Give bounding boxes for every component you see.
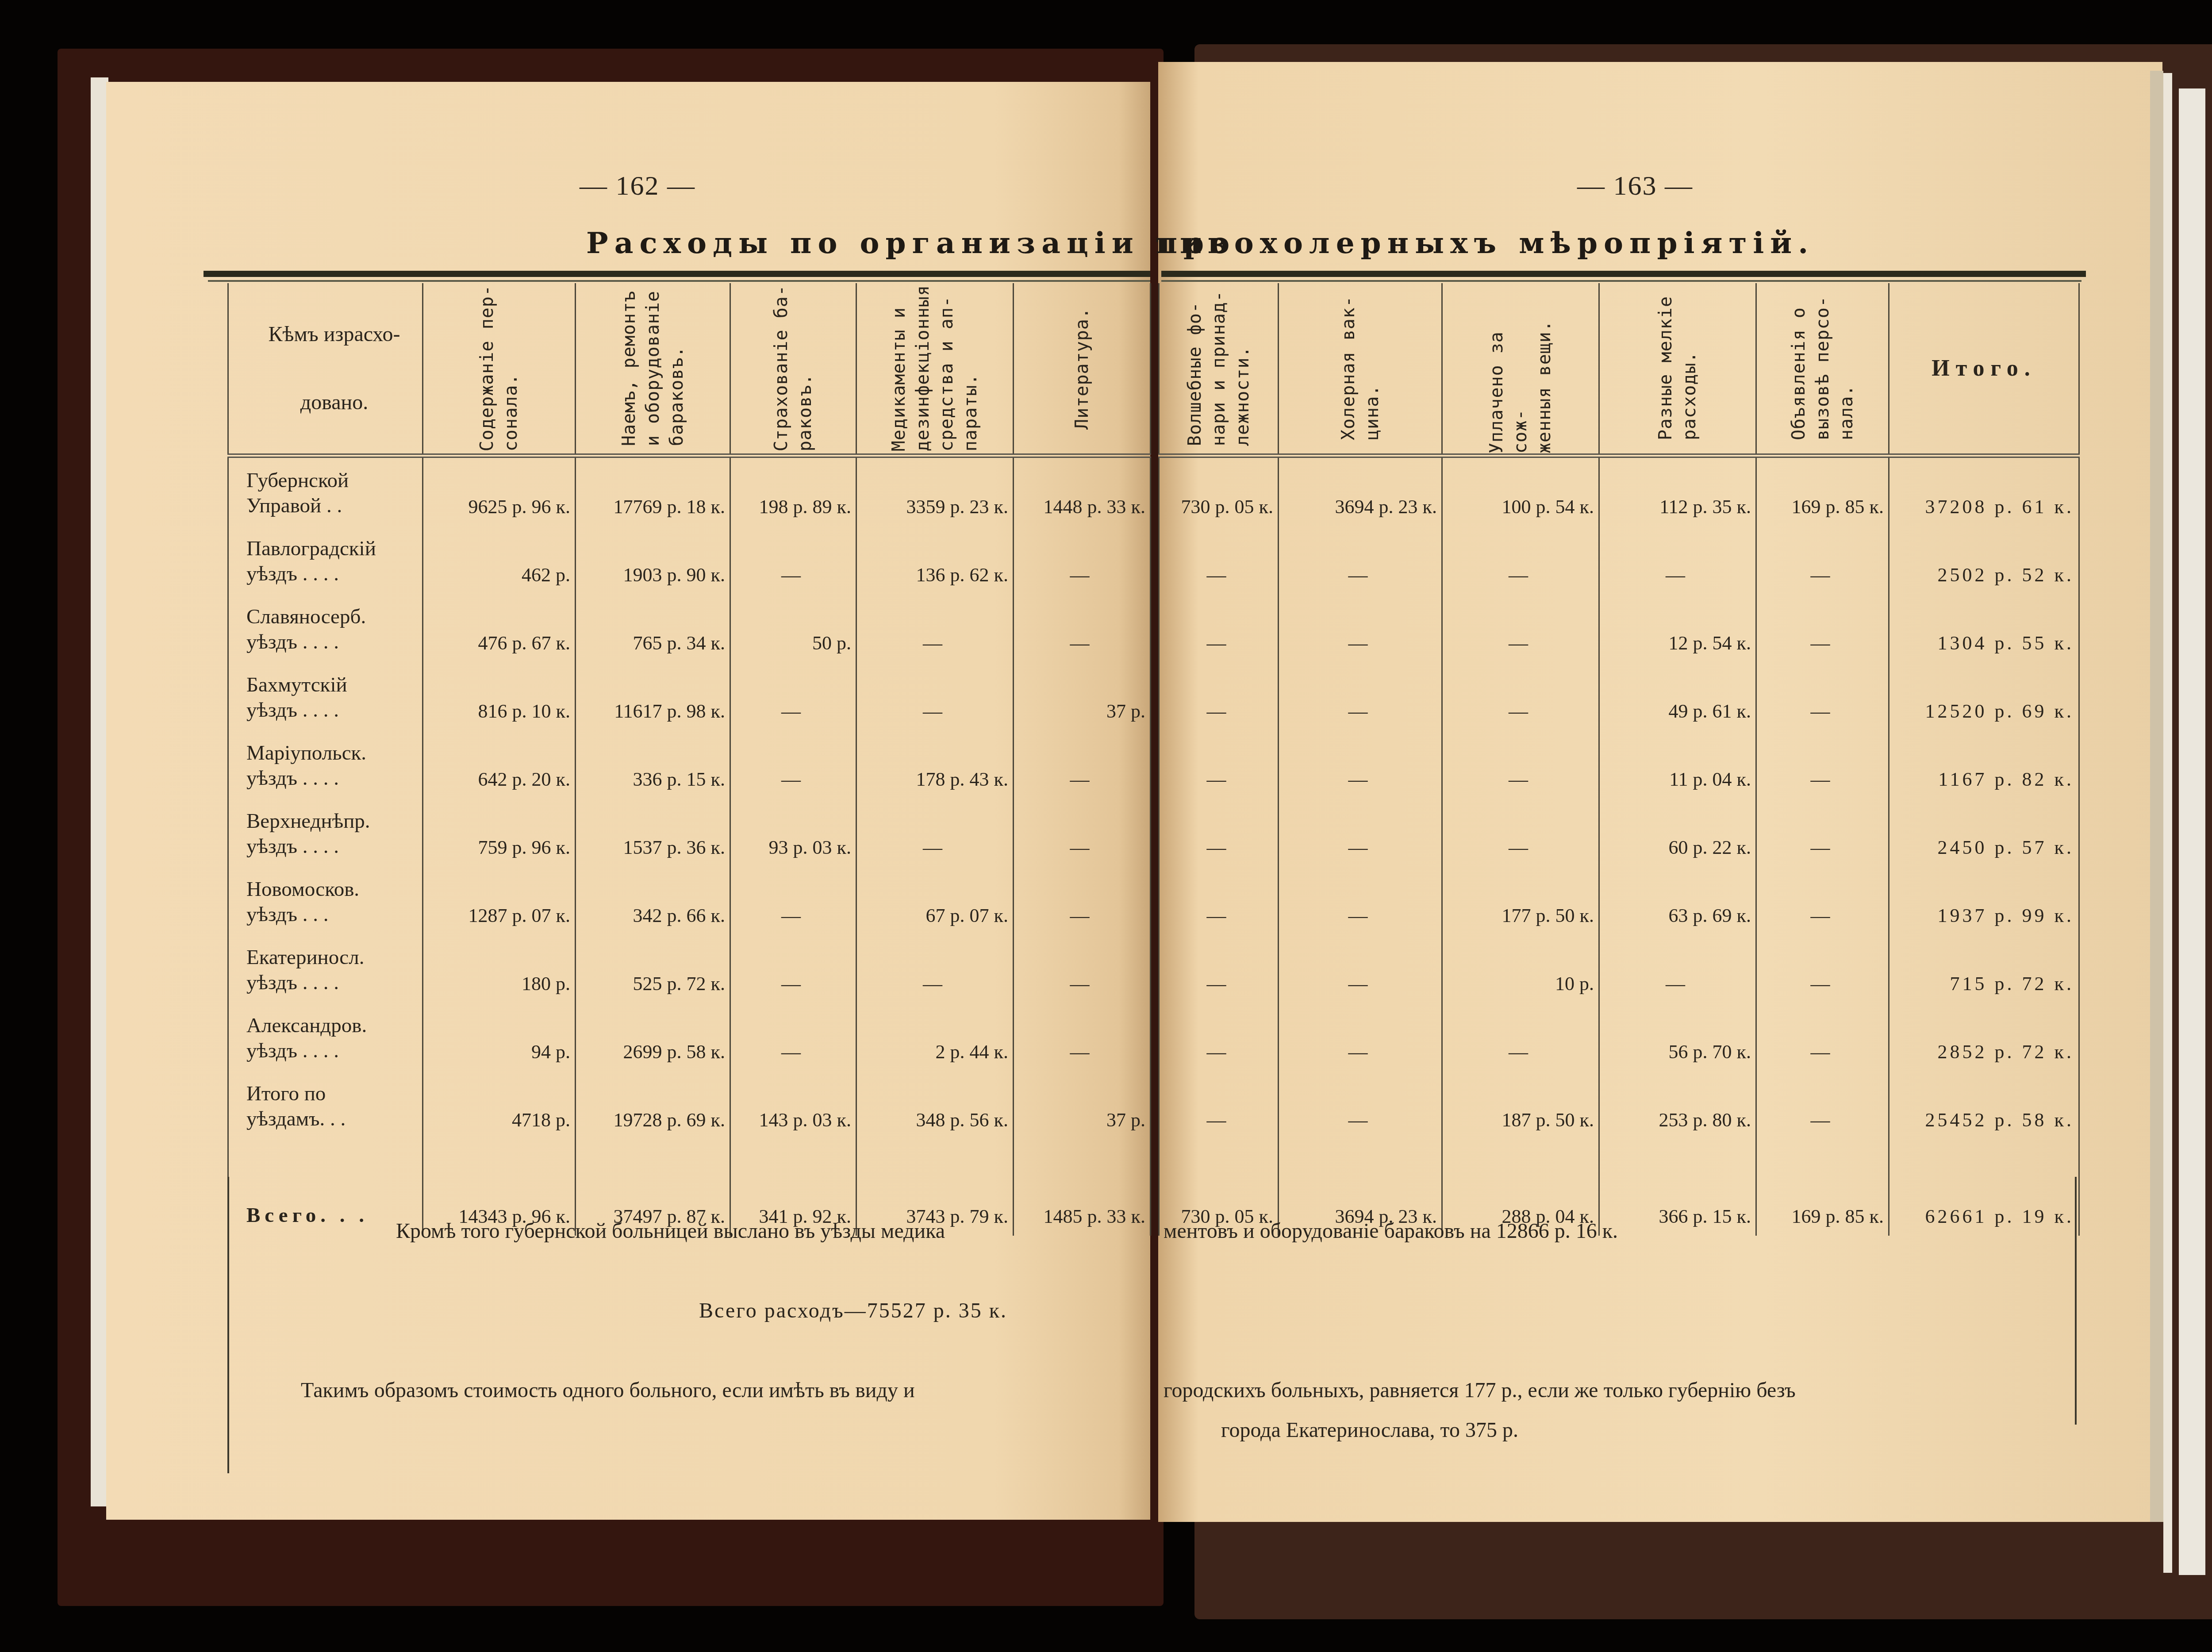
cell-value: 765 р. 34 к.: [576, 594, 730, 662]
cell-value: 1537 р. 36 к.: [576, 799, 730, 867]
table-title-right: тивохолерныхъ мѣропріятій.: [1156, 226, 1814, 260]
table-row: Славяносерб. уѣздъ . . . .476 р. 67 к.76…: [228, 594, 1151, 662]
cell-value: —: [1159, 526, 1279, 594]
table-row: ———11 р. 04 к.—1167 р. 82 к.: [1159, 730, 2079, 799]
cell-value: —: [730, 867, 856, 935]
cell-value: —: [1279, 730, 1442, 799]
cell-value: —: [1279, 935, 1442, 1003]
title-subrule-right: [1161, 280, 2081, 282]
cell-value: 67 р. 07 к.: [856, 867, 1014, 935]
cell-value: —: [1159, 594, 1279, 662]
table-row: Новомосков. уѣздъ . . .1287 р. 07 к.342 …: [228, 867, 1151, 935]
row-total: 37208 р. 61 к.: [1889, 456, 2079, 526]
flyleaf-right-inner: [2163, 73, 2172, 1573]
cell-value: —: [856, 594, 1014, 662]
cell-value: 180 р.: [423, 935, 576, 1003]
table-row: ——177 р. 50 к.63 р. 69 к.—1937 р. 99 к.: [1159, 867, 2079, 935]
table-row: Павлоградскій уѣздъ . . . .462 р.1903 р.…: [228, 526, 1151, 594]
footer-note-right: ментовъ и оборудованіе бараковъ на 12866…: [1164, 1219, 1618, 1243]
cell-value: 1485 р. 33 к.: [1014, 1139, 1151, 1236]
cell-value: 136 р. 62 к.: [856, 526, 1014, 594]
cell-value: —: [1756, 730, 1889, 799]
table-row: Верхнеднѣпр. уѣздъ . . . .759 р. 96 к.15…: [228, 799, 1151, 867]
row-label: Екатериносл. уѣздъ . . . .: [228, 935, 423, 1003]
cell-value: 187 р. 50 к.: [1442, 1071, 1599, 1139]
table-row: Александров. уѣздъ . . . .94 р.2699 р. 5…: [228, 1003, 1151, 1071]
table-row: Бахмутскій уѣздъ . . . .816 р. 10 к.1161…: [228, 662, 1151, 730]
cell-value: —: [1279, 526, 1442, 594]
cell-value: 348 р. 56 к.: [856, 1071, 1014, 1139]
row-total: 25452 р. 58 к.: [1889, 1071, 2079, 1139]
cell-value: 198 р. 89 к.: [730, 456, 856, 526]
cell-value: 2 р. 44 к.: [856, 1003, 1014, 1071]
cell-value: —: [1014, 799, 1151, 867]
cell-value: —: [1442, 1003, 1599, 1071]
row-total: 2852 р. 72 к.: [1889, 1003, 2079, 1071]
cell-value: —: [1442, 662, 1599, 730]
title-rule-right: [1161, 271, 2086, 277]
row-total: 1937 р. 99 к.: [1889, 867, 2079, 935]
cell-value: 1903 р. 90 к.: [576, 526, 730, 594]
cell-value: 9625 р. 96 к.: [423, 456, 576, 526]
cell-value: —: [856, 662, 1014, 730]
cell-value: 342 р. 66 к.: [576, 867, 730, 935]
cell-value: 112 р. 35 к.: [1599, 456, 1756, 526]
header-total: Итого.: [1889, 283, 2079, 456]
cell-value: —: [856, 935, 1014, 1003]
cell-value: 11617 р. 98 к.: [576, 662, 730, 730]
header-personnel: Содержаніе пер- сонала.: [423, 283, 576, 456]
row-total: 1167 р. 82 к.: [1889, 730, 2079, 799]
cell-value: —: [1279, 662, 1442, 730]
cell-value: —: [1014, 867, 1151, 935]
cell-value: 10 р.: [1442, 935, 1599, 1003]
cell-value: —: [1756, 662, 1889, 730]
header-magic-lanterns: Волшебные фо- нари и принад- лежности.: [1159, 283, 1279, 456]
row-total: 12520 р. 69 к.: [1889, 662, 2079, 730]
header-staff-ads: Объявленія о вызовѣ персо- нала.: [1756, 283, 1889, 456]
cell-value: 37 р.: [1014, 1071, 1151, 1139]
header-barracks-insurance: Страхованіе ба- раковъ.: [730, 283, 856, 456]
cell-value: —: [1159, 1003, 1279, 1071]
table-row: ——10 р.——715 р. 72 к.: [1159, 935, 2079, 1003]
flyleaf-right-outer: [2179, 88, 2205, 1575]
table-row: —————2502 р. 52 к.: [1159, 526, 2079, 594]
cell-value: 37 р.: [1014, 662, 1151, 730]
cell-value: —: [1599, 935, 1756, 1003]
cell-value: 177 р. 50 к.: [1442, 867, 1599, 935]
cell-value: —: [1159, 935, 1279, 1003]
table-row: Итого по уѣздамъ. . .4718 р.19728 р. 69 …: [228, 1071, 1151, 1139]
cell-value: 3694 р. 23 к.: [1279, 456, 1442, 526]
cell-value: 93 р. 03 к.: [730, 799, 856, 867]
cell-value: 4718 р.: [423, 1071, 576, 1139]
table-row: ———60 р. 22 к.—2450 р. 57 к.: [1159, 799, 2079, 867]
cell-value: —: [1442, 730, 1599, 799]
cell-value: —: [1159, 662, 1279, 730]
cell-value: —: [1442, 799, 1599, 867]
cell-value: 169 р. 85 к.: [1756, 1139, 1889, 1236]
cell-value: 100 р. 54 к.: [1442, 456, 1599, 526]
row-label: Всего. . .: [228, 1139, 423, 1236]
cell-value: 2699 р. 58 к.: [576, 1003, 730, 1071]
total-expense: Всего расходъ—75527 р. 35 к.: [699, 1299, 1007, 1323]
cost-note-left: Такимъ образомъ стоимость одного больног…: [301, 1378, 915, 1402]
cell-value: —: [730, 526, 856, 594]
page-stack-edge: [2150, 71, 2163, 1522]
cost-note-right: городскихъ больныхъ, равняется 177 р., е…: [1164, 1378, 1796, 1402]
expense-table-right: Волшебные фо- нари и принад- лежности. Х…: [1158, 283, 2080, 1236]
table-row: Екатериносл. уѣздъ . . . .180 р.525 р. 7…: [228, 935, 1151, 1003]
cell-value: 94 р.: [423, 1003, 576, 1071]
cell-value: —: [1442, 526, 1599, 594]
row-label: Маріупольск. уѣздъ . . . .: [228, 730, 423, 799]
page-number-left: — 162 —: [580, 170, 695, 202]
cell-value: —: [1756, 799, 1889, 867]
cell-value: —: [1756, 526, 1889, 594]
cell-value: 642 р. 20 к.: [423, 730, 576, 799]
cell-value: —: [1014, 1003, 1151, 1071]
row-label: Александров. уѣздъ . . . .: [228, 1003, 423, 1071]
cell-value: 336 р. 15 к.: [576, 730, 730, 799]
cell-value: —: [1014, 594, 1151, 662]
header-cholera-vaccine: Холерная вак- цина.: [1279, 283, 1442, 456]
cell-value: —: [730, 662, 856, 730]
table-header-row: Кѣмъ израсхо- довано. Содержаніе пер- со…: [228, 283, 1151, 456]
cell-value: 3359 р. 23 к.: [856, 456, 1014, 526]
header-spent-by: Кѣмъ израсхо- довано.: [228, 283, 423, 456]
row-total: 2450 р. 57 к.: [1889, 799, 2079, 867]
cell-value: 462 р.: [423, 526, 576, 594]
cell-value: 49 р. 61 к.: [1599, 662, 1756, 730]
cost-note-right-cont: города Екатеринослава, то 375 р.: [1221, 1418, 1518, 1442]
page-number-right: — 163 —: [1577, 170, 1693, 202]
cell-value: 1448 р. 33 к.: [1014, 456, 1151, 526]
table-row: 730 р. 05 к.3694 р. 23 к.100 р. 54 к.112…: [1159, 456, 2079, 526]
row-label: Павлоградскій уѣздъ . . . .: [228, 526, 423, 594]
title-rule-left: [204, 271, 1150, 277]
cell-value: 730 р. 05 к.: [1159, 456, 1279, 526]
cell-value: 759 р. 96 к.: [423, 799, 576, 867]
row-total: 2502 р. 52 к.: [1889, 526, 2079, 594]
frame-line-left: [227, 1177, 229, 1473]
cell-value: —: [1014, 935, 1151, 1003]
expense-table-left: Кѣмъ израсхо- довано. Содержаніе пер- со…: [227, 283, 1151, 1236]
cell-value: —: [1014, 730, 1151, 799]
cell-value: —: [730, 1003, 856, 1071]
table-row: Губернской Управой . .9625 р. 96 к.17769…: [228, 456, 1151, 526]
table-title-left: Расходы по организаціи про: [586, 226, 1236, 260]
cell-value: —: [1279, 867, 1442, 935]
cell-value: —: [1756, 867, 1889, 935]
cell-value: 525 р. 72 к.: [576, 935, 730, 1003]
cell-value: 12 р. 54 к.: [1599, 594, 1756, 662]
title-subrule-left: [208, 280, 1150, 282]
cell-value: 56 р. 70 к.: [1599, 1003, 1756, 1071]
cell-value: —: [1159, 730, 1279, 799]
cell-value: —: [1159, 1071, 1279, 1139]
cell-value: —: [1159, 867, 1279, 935]
row-total: 1304 р. 55 к.: [1889, 594, 2079, 662]
header-burned-items: Уплачено за сож- женныя вещи.: [1442, 283, 1599, 456]
table-row: ———56 р. 70 к.—2852 р. 72 к.: [1159, 1003, 2079, 1071]
cell-value: —: [1159, 799, 1279, 867]
cell-value: 11 р. 04 к.: [1599, 730, 1756, 799]
header-misc-expenses: Разные мелкіе расходы.: [1599, 283, 1756, 456]
cell-value: —: [1756, 935, 1889, 1003]
row-total: 715 р. 72 к.: [1889, 935, 2079, 1003]
cell-value: 816 р. 10 к.: [423, 662, 576, 730]
cell-value: —: [1279, 799, 1442, 867]
cell-value: —: [1442, 594, 1599, 662]
row-label: Новомосков. уѣздъ . . .: [228, 867, 423, 935]
cell-value: —: [856, 799, 1014, 867]
cell-value: 63 р. 69 к.: [1599, 867, 1756, 935]
cell-value: 253 р. 80 к.: [1599, 1071, 1756, 1139]
row-total: 62661 р. 19 к.: [1889, 1139, 2079, 1236]
row-label: Верхнеднѣпр. уѣздъ . . . .: [228, 799, 423, 867]
row-label: Губернской Управой . .: [228, 456, 423, 526]
header-literature: Литература.: [1014, 283, 1151, 456]
cell-value: —: [730, 730, 856, 799]
cell-value: —: [1014, 526, 1151, 594]
cell-value: 60 р. 22 к.: [1599, 799, 1756, 867]
row-label: Итого по уѣздамъ. . .: [228, 1071, 423, 1139]
cell-value: —: [730, 935, 856, 1003]
cell-value: 50 р.: [730, 594, 856, 662]
cell-value: 17769 р. 18 к.: [576, 456, 730, 526]
cell-value: 366 р. 15 к.: [1599, 1139, 1756, 1236]
footer-note-left: Кромѣ того губернской больницей выслано …: [396, 1219, 945, 1243]
cell-value: —: [1599, 526, 1756, 594]
frame-line-right: [2075, 1177, 2077, 1425]
cell-value: 178 р. 43 к.: [856, 730, 1014, 799]
cell-value: 1287 р. 07 к.: [423, 867, 576, 935]
table-row: ———49 р. 61 к.—12520 р. 69 к.: [1159, 662, 2079, 730]
cell-value: —: [1279, 1003, 1442, 1071]
row-label: Славяносерб. уѣздъ . . . .: [228, 594, 423, 662]
cell-value: 19728 р. 69 к.: [576, 1071, 730, 1139]
table-row: ———12 р. 54 к.—1304 р. 55 к.: [1159, 594, 2079, 662]
cell-value: 143 р. 03 к.: [730, 1071, 856, 1139]
header-barracks-rent: Наемъ, ремонтъ и оборудованіе бараковъ.: [576, 283, 730, 456]
cell-value: —: [1756, 1071, 1889, 1139]
cell-value: —: [1756, 594, 1889, 662]
cell-value: —: [1756, 1003, 1889, 1071]
cell-value: —: [1279, 1071, 1442, 1139]
cell-value: 476 р. 67 к.: [423, 594, 576, 662]
table-row: Маріупольск. уѣздъ . . . .642 р. 20 к.33…: [228, 730, 1151, 799]
cell-value: 169 р. 85 к.: [1756, 456, 1889, 526]
row-label: Бахмутскій уѣздъ . . . .: [228, 662, 423, 730]
cell-value: —: [1279, 594, 1442, 662]
table-row: ——187 р. 50 к.253 р. 80 к.—25452 р. 58 к…: [1159, 1071, 2079, 1139]
header-medicines: Медикаменты и дезинфекціонныя средства и…: [856, 283, 1014, 456]
flyleaf-left: [91, 77, 108, 1506]
table-header-row: Волшебные фо- нари и принад- лежности. Х…: [1159, 283, 2079, 456]
